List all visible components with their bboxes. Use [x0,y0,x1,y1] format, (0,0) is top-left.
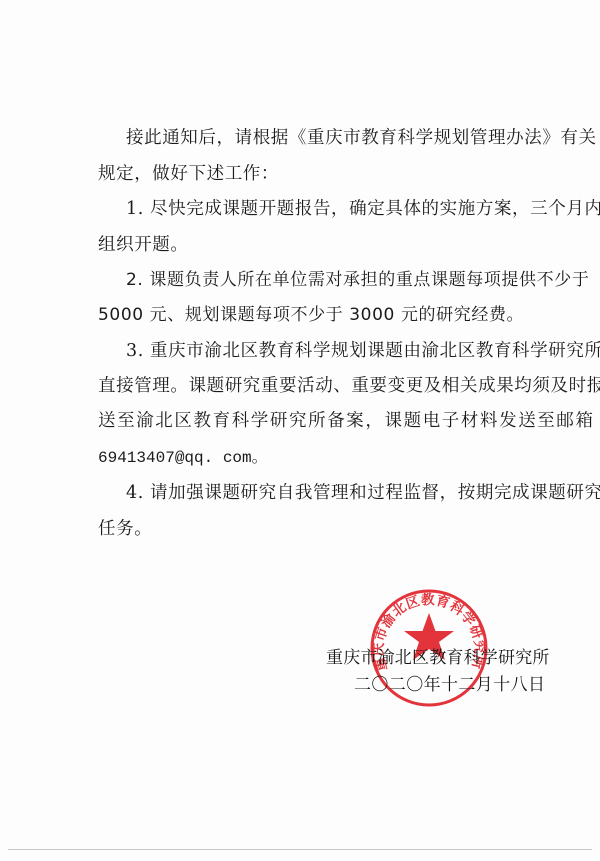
item-4-line-2: 任务。 [98,519,152,539]
intro-line-1: 接此通知后，请根据《重庆市教育科学规划管理办法》有关 [126,128,597,148]
item-3-line-1: 3. 重庆市渝北区教育科学规划课题由渝北区教育科学研究所 [126,341,600,361]
item-2-line-1: 2. 课题负责人所在单位需对承担的重点课题每项提供不少于 [126,270,589,290]
intro-line-2: 规定，做好下述工作： [98,164,279,184]
item-1-line-1: 1. 尽快完成课题开题报告，确定具体的实施方案，三个月内 [126,199,600,219]
scan-edge-line [8,849,592,850]
item-1-line-2: 组织开题。 [98,235,189,255]
item-3-email-line: 69413407@qq. com。 [98,448,268,468]
item-3-line-3: 送至渝北区教育科学研究所备案，课题电子材料发送至邮箱 [98,411,595,431]
signature-date: 二〇二〇年十二月十八日 [354,675,545,695]
document-page: 接此通知后，请根据《重庆市教育科学规划管理办法》有关 规定，做好下述工作： 1.… [0,0,600,861]
item-4-line-1: 4. 请加强课题研究自我管理和过程监督，按期完成课题研究 [126,483,600,503]
signature-organization: 重庆市渝北区教育科学研究所 [326,648,550,668]
item-3-line-2: 直接管理。课题研究重要活动、重要变更及相关成果均须及时报 [98,376,600,396]
item-2-line-2: 5000 元、规划课题每项不少于 3000 元的研究经费。 [98,305,524,325]
